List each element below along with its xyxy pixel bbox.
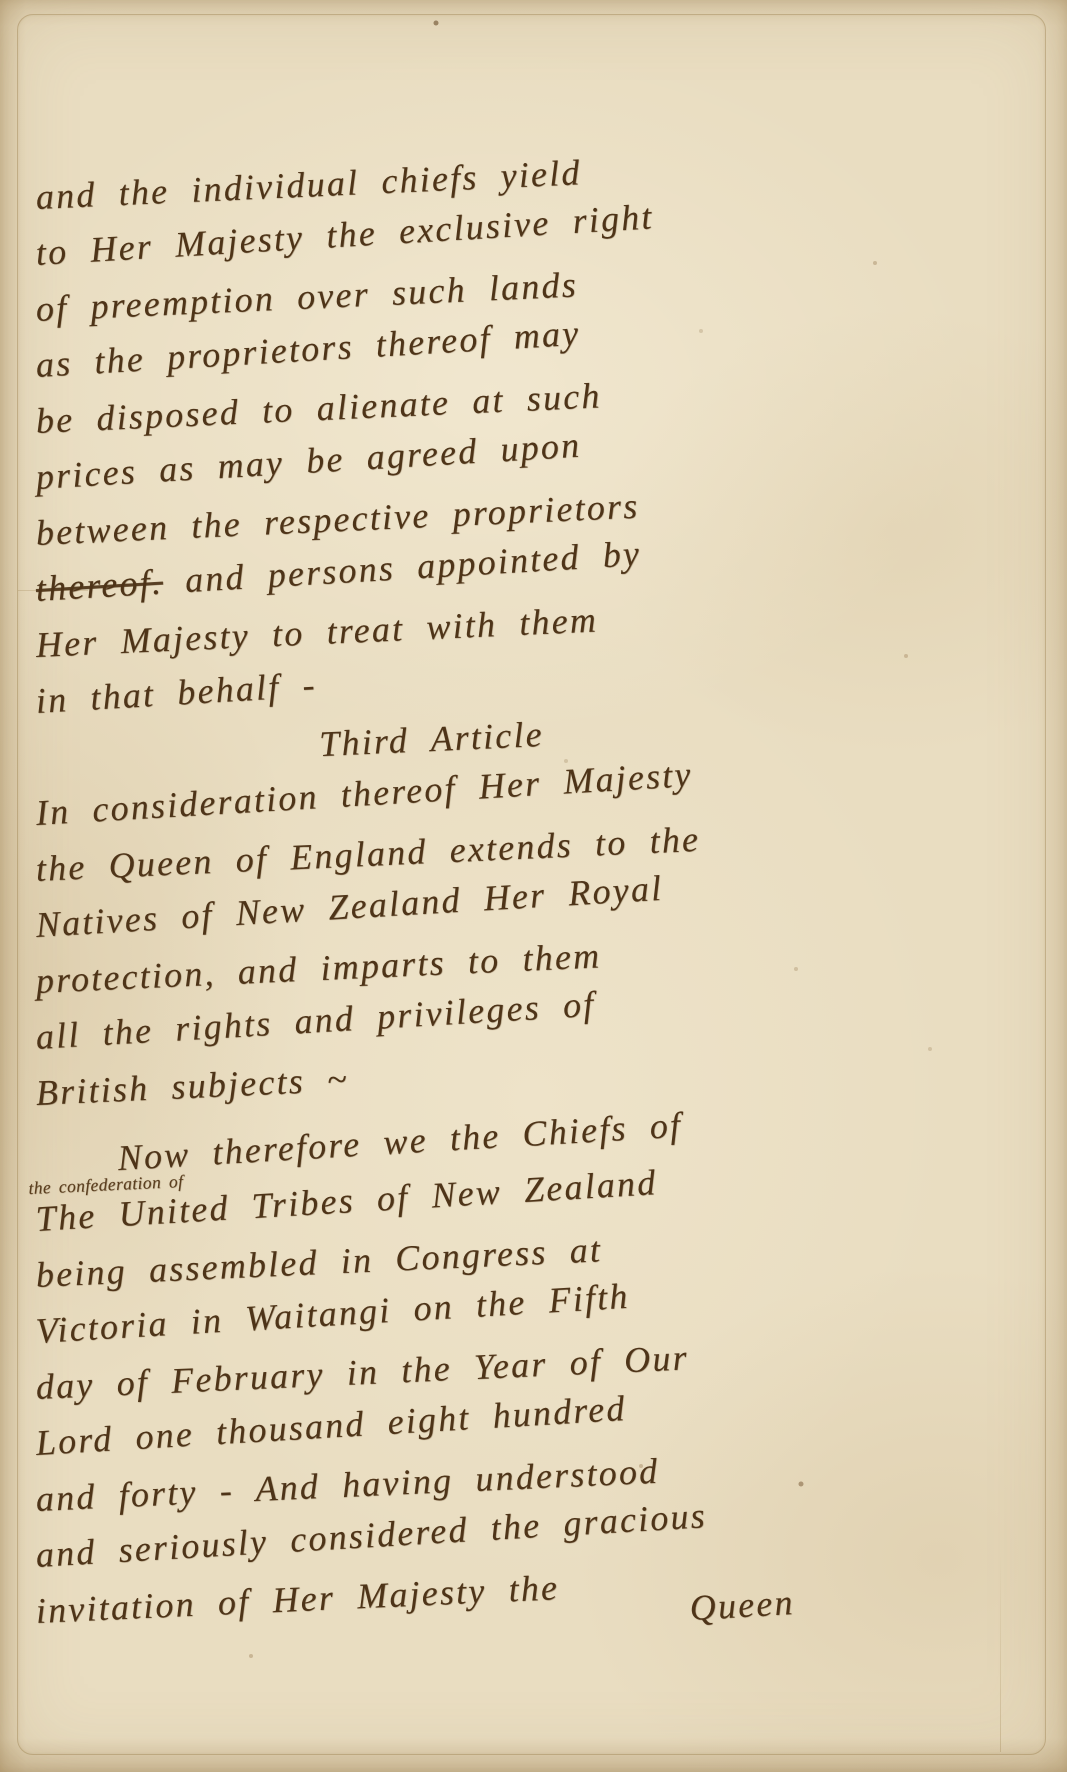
handwritten-text: British subjects ~ (35, 1059, 350, 1113)
handwritten-text-block: and the individual chiefs yieldto Her Ma… (36, 169, 828, 1675)
handwritten-text: Queen (689, 1582, 796, 1628)
struck-word: thereof. (35, 561, 164, 608)
manuscript-page: and the individual chiefs yieldto Her Ma… (0, 0, 1067, 1772)
ink-specks (0, 0, 2, 2)
handwritten-text: in that behalf - (35, 664, 318, 721)
fold-line (1000, 1555, 1001, 1752)
